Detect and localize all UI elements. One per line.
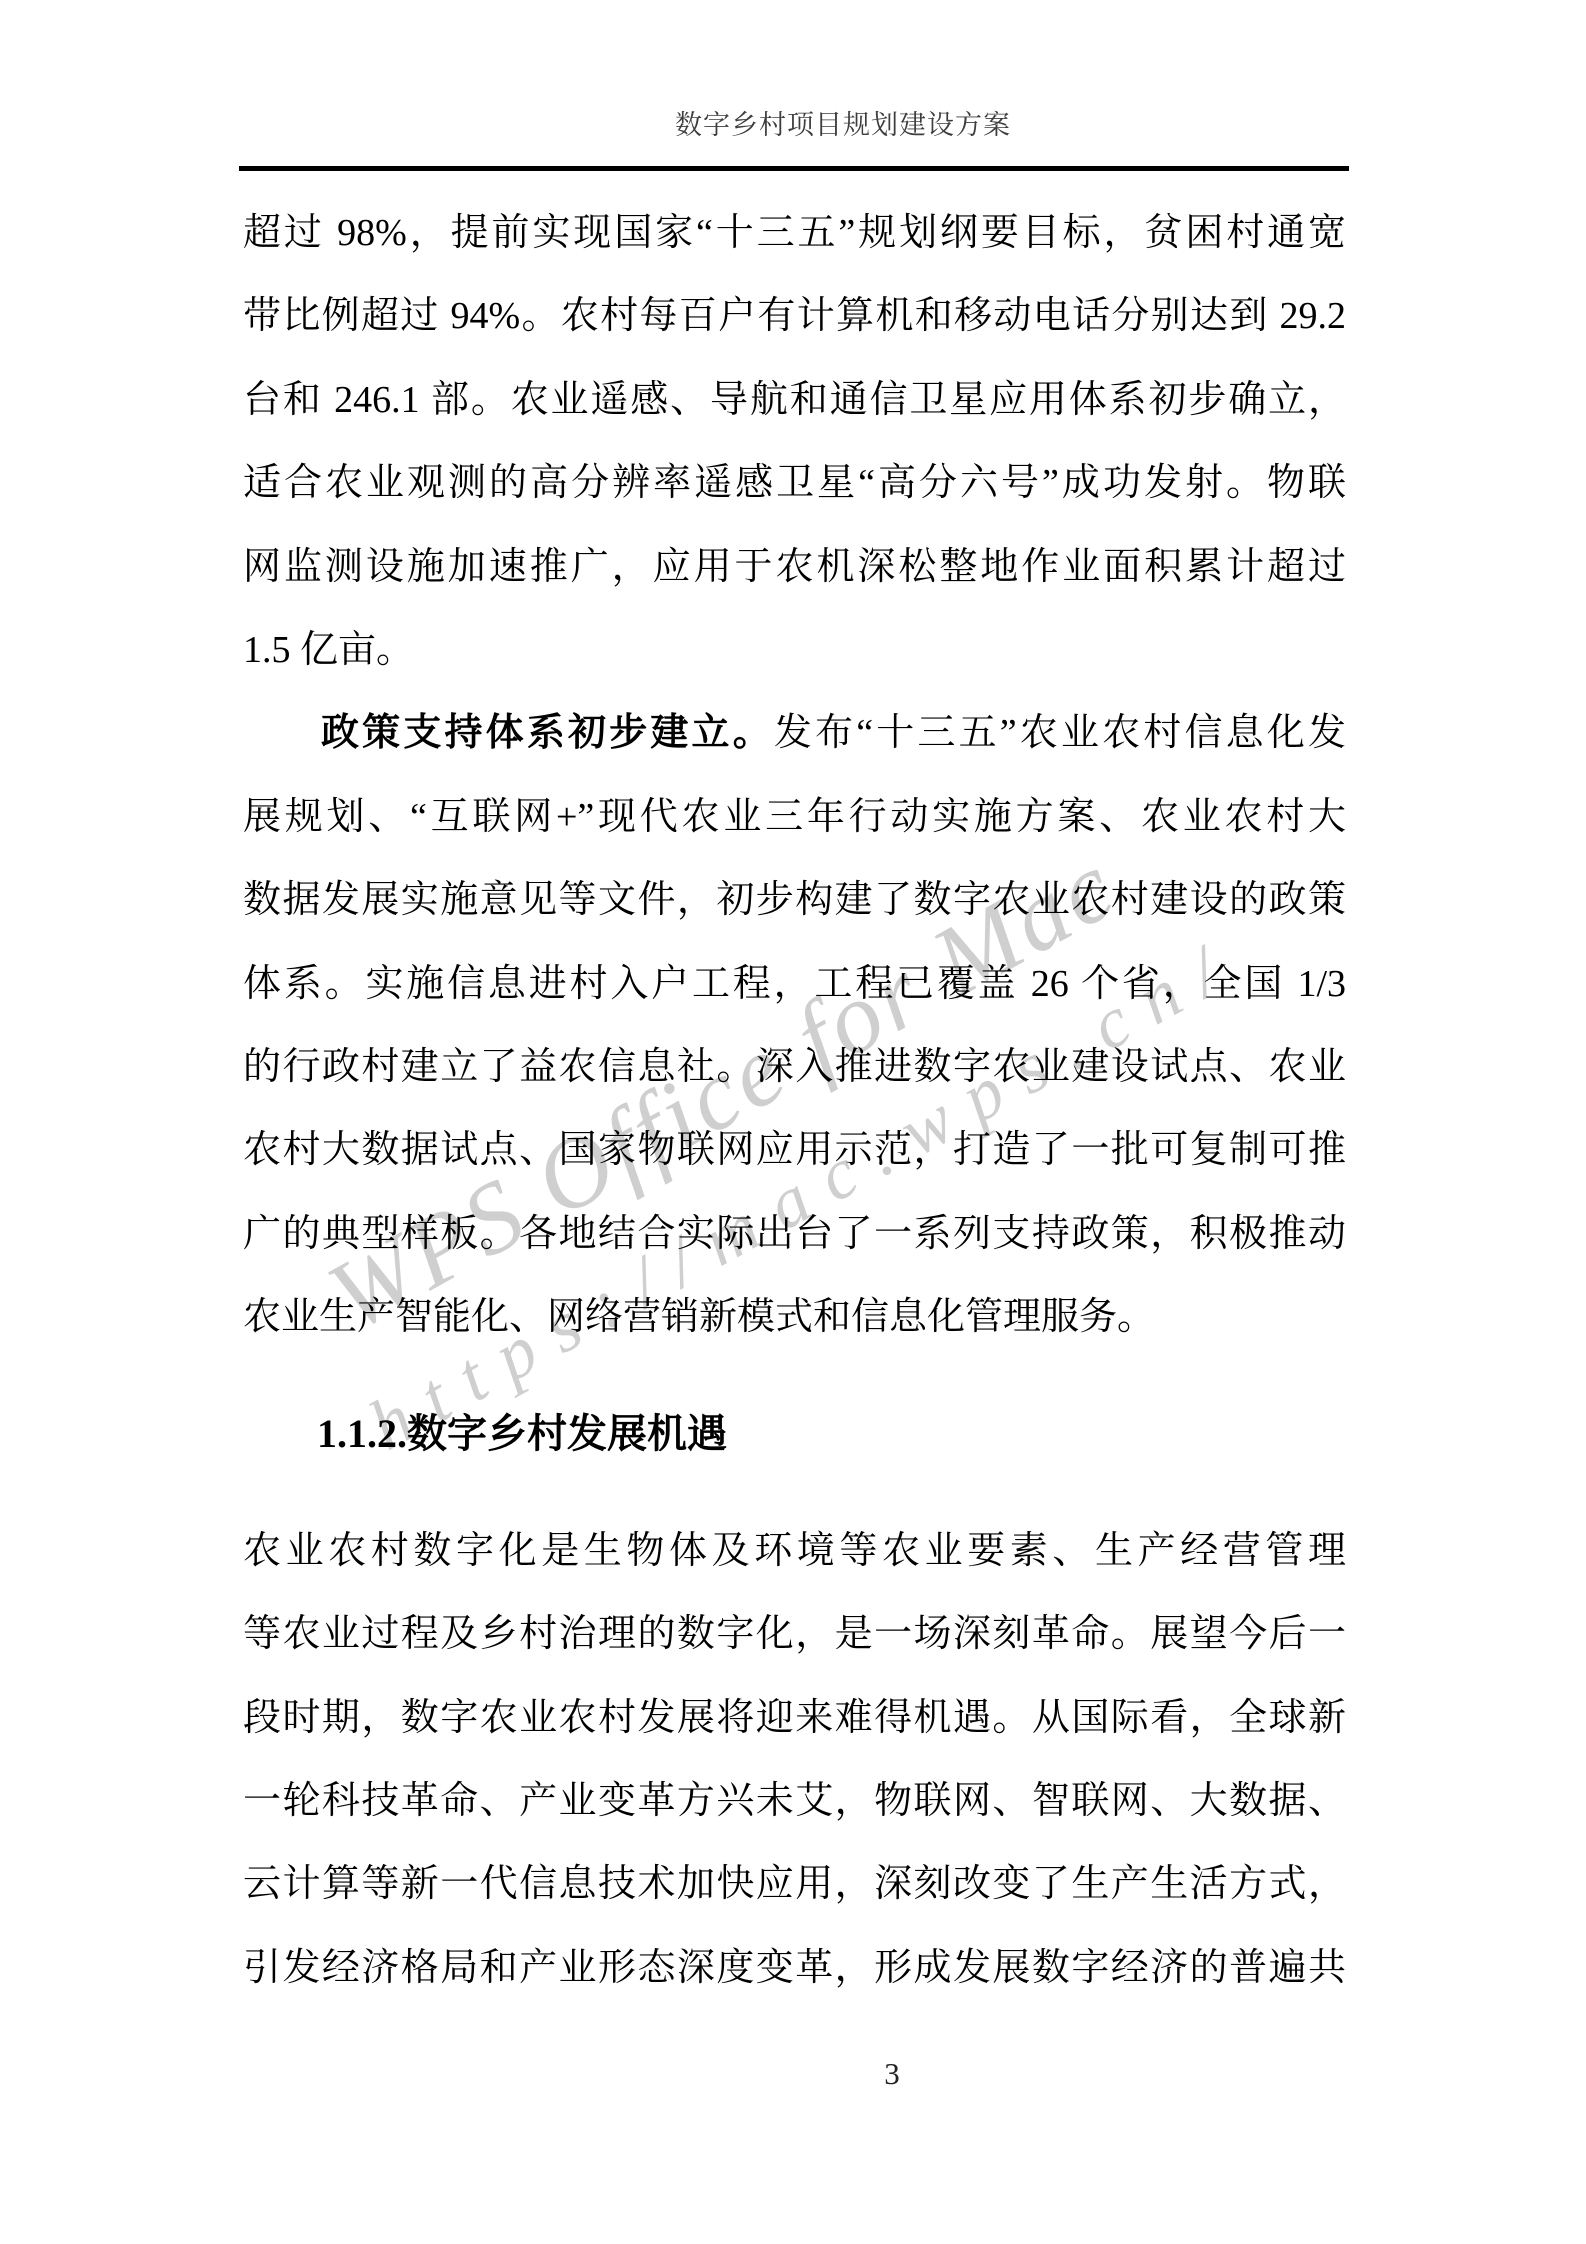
para2-line: 农业生产智能化、网络营销新模式和信息化管理服务。 xyxy=(243,1276,1346,1359)
para2-line: 体系。实施信息进村入户工程，工程已覆盖 26 个省，全国 1/3 xyxy=(243,943,1346,1026)
para2-line: 的行政村建立了益农信息社。深入推进数字农业建设试点、农业 xyxy=(243,1026,1346,1109)
para3-line: 等农业过程及乡村治理的数字化，是一场深刻革命。展望今后一 xyxy=(243,1593,1346,1676)
para3-line: 引发经济格局和产业形态深度变革，形成发展数字经济的普遍共 xyxy=(243,1927,1346,2010)
document-page: 数字乡村项目规划建设方案 WPS Office for Mac https://… xyxy=(0,0,1586,2244)
para1-line: 1.5 亿亩。 xyxy=(243,609,1346,692)
section-heading-1-1-2: 1.1.2.数字乡村发展机遇 xyxy=(243,1392,1346,1475)
paragraph-development-opportunity: 农业农村数字化是生物体及环境等农业要素、生产经营管理等农业过程及乡村治理的数字化… xyxy=(243,1510,1346,2010)
para3-line: 云计算等新一代信息技术加快应用，深刻改变了生产生活方式， xyxy=(243,1843,1346,1926)
para1-line: 超过 98%，提前实现国家“十三五”规划纲要目标，贫困村通宽 xyxy=(243,192,1346,275)
paragraph-policy-support: 政策支持体系初步建立。发布“十三五”农业农村信息化发 展规划、“互联网+”现代农… xyxy=(243,692,1346,1359)
header-rule xyxy=(239,166,1349,171)
policy-first-line-rest: 发布“十三五”农业农村信息化发 xyxy=(774,712,1346,754)
para2-line: 数据发展实施意见等文件，初步构建了数字农业农村建设的政策 xyxy=(243,859,1346,942)
para1-line: 台和 246.1 部。农业遥感、导航和通信卫星应用体系初步确立， xyxy=(243,359,1346,442)
para2-line: 展规划、“互联网+”现代农业三年行动实施方案、农业农村大 xyxy=(243,776,1346,859)
para2-line: 农村大数据试点、国家物联网应用示范，打造了一批可复制可推 xyxy=(243,1109,1346,1192)
para1-line: 适合农业观测的高分辨率遥感卫星“高分六号”成功发射。物联 xyxy=(243,442,1346,525)
para3-line: 段时期，数字农业农村发展将迎来难得机遇。从国际看，全球新 xyxy=(243,1677,1346,1760)
paragraph-policy-first-line: 政策支持体系初步建立。发布“十三五”农业农村信息化发 xyxy=(243,692,1346,775)
section-heading-number: 1.1.2. xyxy=(317,1411,407,1456)
para2-line: 广的典型样板。各地结合实际出台了一系列支持政策，积极推动 xyxy=(243,1193,1346,1276)
section-heading-text: 数字乡村发展机遇 xyxy=(407,1411,727,1456)
para1-line: 网监测设施加速推广，应用于农机深松整地作业面积累计超过 xyxy=(243,526,1346,609)
paragraph-infrastructure-stats: 超过 98%，提前实现国家“十三五”规划纲要目标，贫困村通宽带比例超过 94%。… xyxy=(243,192,1346,692)
para1-line: 带比例超过 94%。农村每百户有计算机和移动电话分别达到 29.2 xyxy=(243,275,1346,358)
document-body: 超过 98%，提前实现国家“十三五”规划纲要目标，贫困村通宽带比例超过 94%。… xyxy=(243,192,1346,2010)
para3-line: 一轮科技革命、产业变革方兴未艾，物联网、智联网、大数据、 xyxy=(243,1760,1346,1843)
para3-line: 农业农村数字化是生物体及环境等农业要素、生产经营管理 xyxy=(243,1510,1346,1593)
policy-bold-lead: 政策支持体系初步建立。 xyxy=(321,712,774,754)
page-header-title: 数字乡村项目规划建设方案 xyxy=(675,112,1011,139)
page-number: 3 xyxy=(862,2058,922,2089)
